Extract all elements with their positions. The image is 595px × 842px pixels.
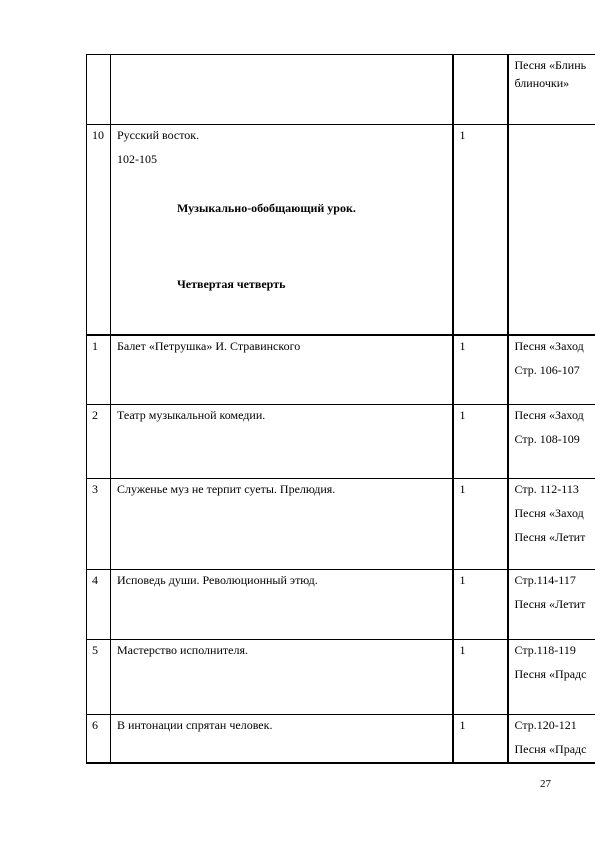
lesson-notes-cell: Стр.118-119 Песня «Прадс — [508, 640, 595, 715]
lesson-topic-cell: Мастерство исполнителя. — [111, 640, 453, 715]
lesson-hours-cell: 1 — [453, 335, 508, 405]
notes-line: Песня «Прадс — [515, 742, 595, 756]
topic-pages: 102-105 — [117, 152, 446, 166]
lesson-topic-cell: Русский восток. 102-105 Музыкально-обобщ… — [111, 125, 453, 335]
lesson-hours-cell: 1 — [453, 405, 508, 479]
lesson-notes-cell: Песня «Блинь блиночки» — [508, 55, 595, 125]
lesson-number-cell: 4 — [87, 570, 111, 640]
notes-line: Стр.120-121 — [515, 718, 595, 732]
table-row: 4 Исповедь души. Революционный этюд. 1 С… — [87, 570, 595, 640]
notes-line: Песня «Заход — [515, 408, 595, 422]
topic-line: Театр музыкальной комедии. — [117, 408, 446, 422]
notes-line: Песня «Блинь — [515, 58, 595, 72]
lesson-hours-cell: 1 — [453, 125, 508, 335]
section-heading: Музыкально-обобщающий урок. — [117, 201, 446, 215]
lesson-topic-cell: Балет «Петрушка» И. Стравинского — [111, 335, 453, 405]
lesson-notes-cell: Стр.120-121 Песня «Прадс — [508, 715, 595, 763]
lesson-number-cell: 10 — [87, 125, 111, 335]
table-row: 1 Балет «Петрушка» И. Стравинского 1 Пес… — [87, 335, 595, 405]
table-row: Песня «Блинь блиночки» — [87, 55, 595, 125]
lesson-number-cell: 1 — [87, 335, 111, 405]
notes-line: Стр.118-119 — [515, 643, 595, 657]
topic-line: Русский восток. — [117, 128, 446, 142]
lesson-topic-cell: В интонации спрятан человек. — [111, 715, 453, 763]
lesson-hours-cell: 1 — [453, 715, 508, 763]
page-number: 27 — [540, 778, 551, 790]
topic-line: В интонации спрятан человек. — [117, 718, 446, 732]
lesson-topic-cell — [111, 55, 453, 125]
quarter-heading: Четвертая четверть — [117, 277, 446, 291]
lesson-number-cell: 3 — [87, 479, 111, 570]
notes-line: Песня «Заход — [515, 506, 595, 520]
lesson-number-cell: 6 — [87, 715, 111, 763]
notes-line: Стр. 108-109 — [515, 432, 595, 446]
topic-line: Мастерство исполнителя. — [117, 643, 446, 657]
table-row: 2 Театр музыкальной комедии. 1 Песня «За… — [87, 405, 595, 479]
table-row: 6 В интонации спрятан человек. 1 Стр.120… — [87, 715, 595, 763]
notes-line: Стр. 112-113 — [515, 482, 595, 496]
table-row: 10 Русский восток. 102-105 Музыкально-об… — [87, 125, 595, 335]
lesson-number-cell — [87, 55, 111, 125]
topic-line: Исповедь души. Революционный этюд. — [117, 573, 446, 587]
lesson-notes-cell: Стр.114-117 Песня «Летит — [508, 570, 595, 640]
lesson-hours-cell: 1 — [453, 640, 508, 715]
table-row: 5 Мастерство исполнителя. 1 Стр.118-119 … — [87, 640, 595, 715]
table-row: 3 Служенье муз не терпит суеты. Прелюдия… — [87, 479, 595, 570]
notes-line: Стр.114-117 — [515, 573, 595, 587]
lesson-topic-cell: Исповедь души. Революционный этюд. — [111, 570, 453, 640]
notes-line: Песня «Летит — [515, 597, 595, 611]
lesson-hours-cell — [453, 55, 508, 125]
lesson-notes-cell — [508, 125, 595, 335]
notes-line: Песня «Заход — [515, 339, 595, 353]
lesson-notes-cell: Стр. 112-113 Песня «Заход Песня «Летит — [508, 479, 595, 570]
lesson-number-cell: 5 — [87, 640, 111, 715]
lesson-topic-cell: Служенье муз не терпит суеты. Прелюдия. — [111, 479, 453, 570]
lesson-hours-cell: 1 — [453, 570, 508, 640]
notes-line: Песня «Прадс — [515, 667, 595, 681]
notes-line: Песня «Летит — [515, 530, 595, 544]
document-page: Песня «Блинь блиночки» 10 Русский восток… — [0, 0, 595, 842]
topic-line: Служенье муз не терпит суеты. Прелюдия. — [117, 482, 446, 496]
lesson-plan-table: Песня «Блинь блиночки» 10 Русский восток… — [86, 54, 595, 764]
notes-line: Стр. 106-107 — [515, 363, 595, 377]
lesson-notes-cell: Песня «Заход Стр. 108-109 — [508, 405, 595, 479]
lesson-hours-cell: 1 — [453, 479, 508, 570]
lesson-number-cell: 2 — [87, 405, 111, 479]
topic-line: Балет «Петрушка» И. Стравинского — [117, 339, 446, 353]
lesson-notes-cell: Песня «Заход Стр. 106-107 — [508, 335, 595, 405]
lesson-topic-cell: Театр музыкальной комедии. — [111, 405, 453, 479]
notes-line: блиночки» — [515, 76, 595, 90]
